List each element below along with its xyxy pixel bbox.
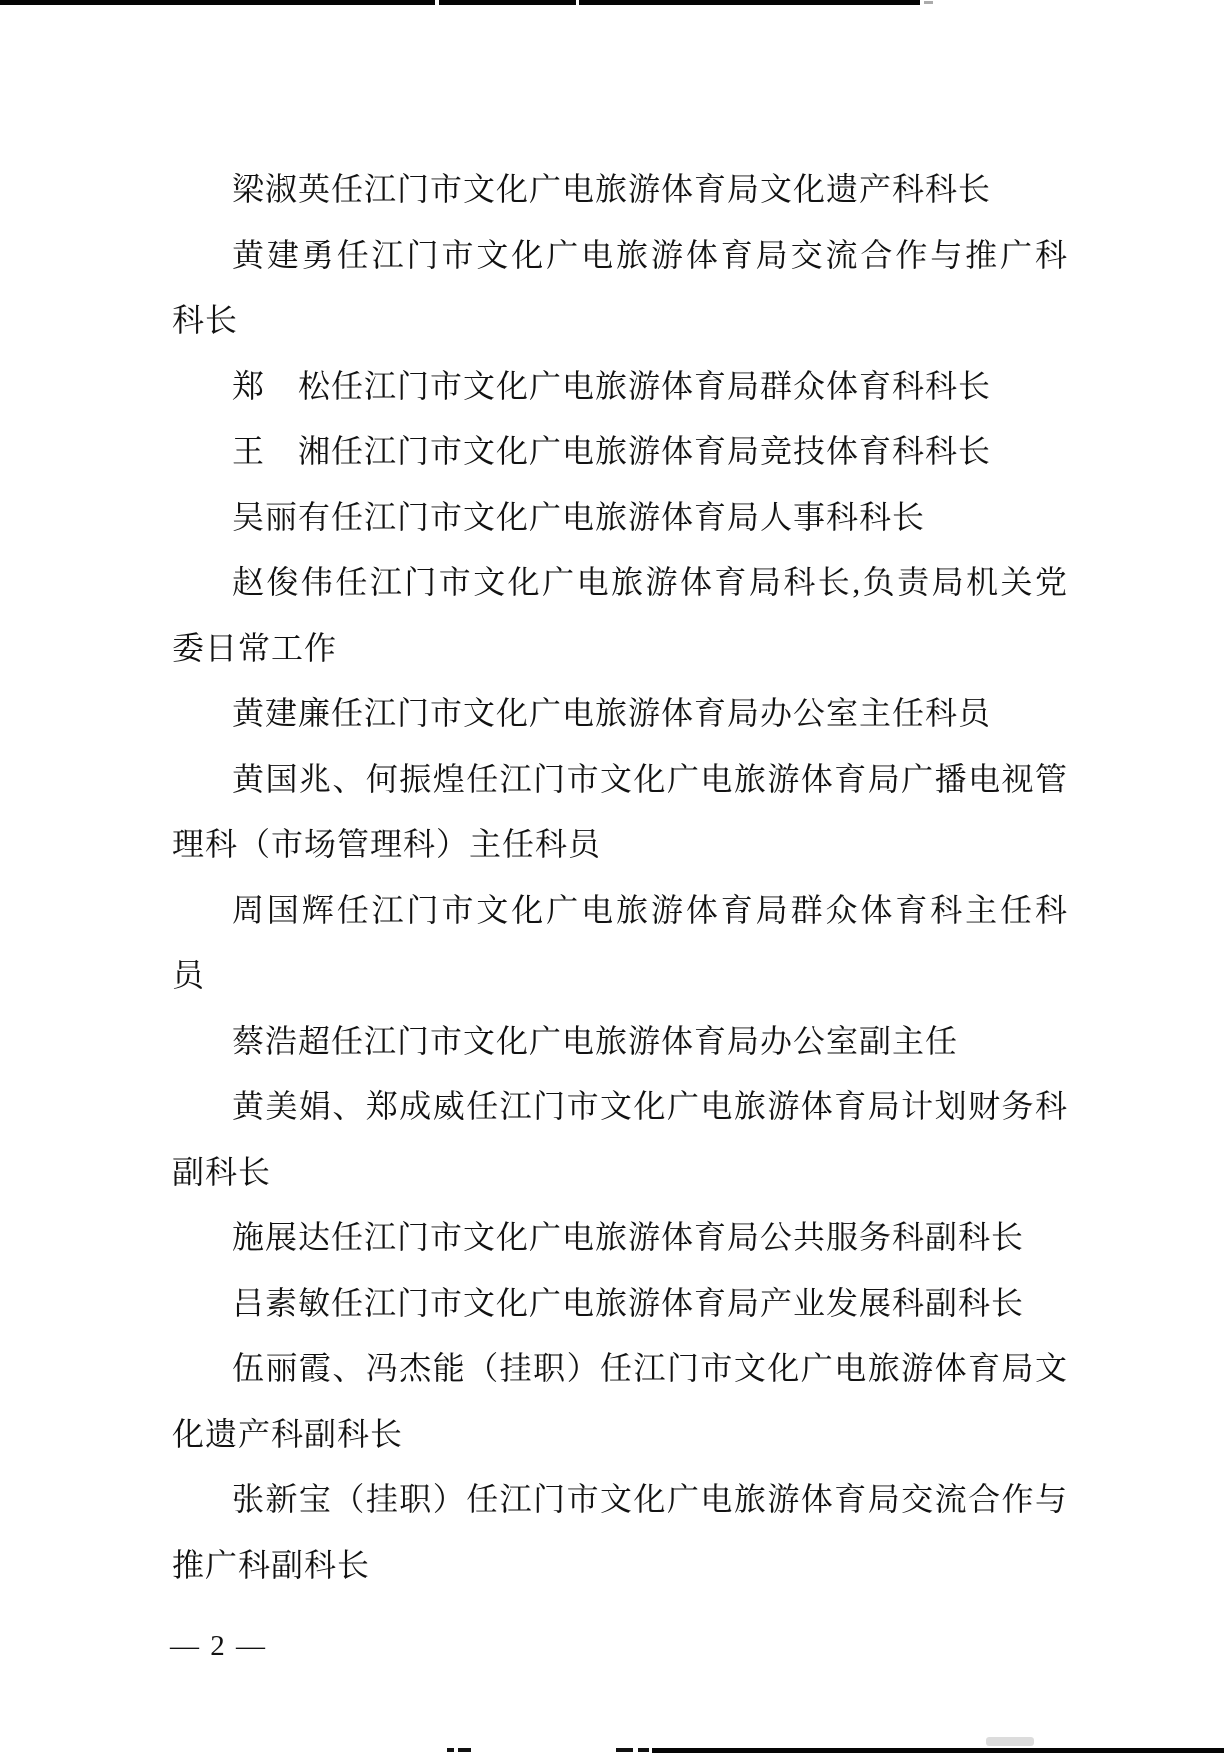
page-number: — 2 — (170, 1630, 267, 1663)
text-line: 周国辉任江门市文化广电旅游体育局群众体育科主任科 (172, 889, 1068, 933)
text-line: 黄美娟、郑成威任江门市文化广电旅游体育局计划财务科 (172, 1085, 1068, 1129)
text-line: 梁淑英任江门市文化广电旅游体育局文化遗产科科长 (172, 168, 1068, 210)
scan-artifact-top-bar-gap (435, 0, 439, 5)
text-line: 吴丽有任江门市文化广电旅游体育局人事科科长 (172, 496, 1068, 538)
document-page: 梁淑英任江门市文化广电旅游体育局文化遗产科科长黄建勇任江门市文化广电旅游体育局交… (0, 0, 1224, 1753)
text-line: 理科（市场管理科）主任科员 (172, 823, 1068, 865)
scanned-document: { "page": { "ink_color": "#121212", "pag… (0, 0, 1224, 1753)
scan-artifact-top-bar-gap (576, 0, 579, 5)
scan-artifact-bottom-dash (616, 1748, 633, 1752)
text-line: 黄国兆、何振煌任江门市文化广电旅游体育局广播电视管 (172, 758, 1068, 802)
scan-artifact-bottom-dash (638, 1748, 649, 1752)
scan-artifact-bottom-dash (447, 1748, 454, 1752)
text-line: 吕素敏任江门市文化广电旅游体育局产业发展科副科长 (172, 1282, 1068, 1324)
text-line: 委日常工作 (172, 627, 1068, 669)
text-line: 施展达任江门市文化广电旅游体育局公共服务科副科长 (172, 1216, 1068, 1258)
text-line: 赵俊伟任江门市文化广电旅游体育局科长,负责局机关党 (172, 561, 1068, 605)
text-line: 黄建勇任江门市文化广电旅游体育局交流合作与推广科 (172, 234, 1068, 278)
text-line: 员 (172, 954, 1068, 996)
text-line: 化遗产科副科长 (172, 1413, 1068, 1455)
scan-artifact-top-speck (924, 1, 933, 4)
scan-artifact-bottom-bar (652, 1748, 1224, 1753)
text-line: 蔡浩超任江门市文化广电旅游体育局办公室副主任 (172, 1020, 1068, 1062)
scan-artifact-smudge (986, 1737, 1034, 1746)
text-line: 科长 (172, 299, 1068, 341)
text-line: 郑 松任江门市文化广电旅游体育局群众体育科科长 (172, 365, 1068, 407)
text-line: 张新宝（挂职）任江门市文化广电旅游体育局交流合作与 (172, 1478, 1068, 1522)
text-line: 王 湘任江门市文化广电旅游体育局竞技体育科科长 (172, 430, 1068, 472)
text-line: 副科长 (172, 1151, 1068, 1193)
scan-artifact-bottom-dash (458, 1748, 471, 1752)
scan-artifact-top-bar (0, 0, 920, 5)
text-line: 黄建廉任江门市文化广电旅游体育局办公室主任科员 (172, 692, 1068, 734)
text-line: 伍丽霞、冯杰能（挂职）任江门市文化广电旅游体育局文 (172, 1347, 1068, 1391)
text-line: 推广科副科长 (172, 1544, 1068, 1586)
